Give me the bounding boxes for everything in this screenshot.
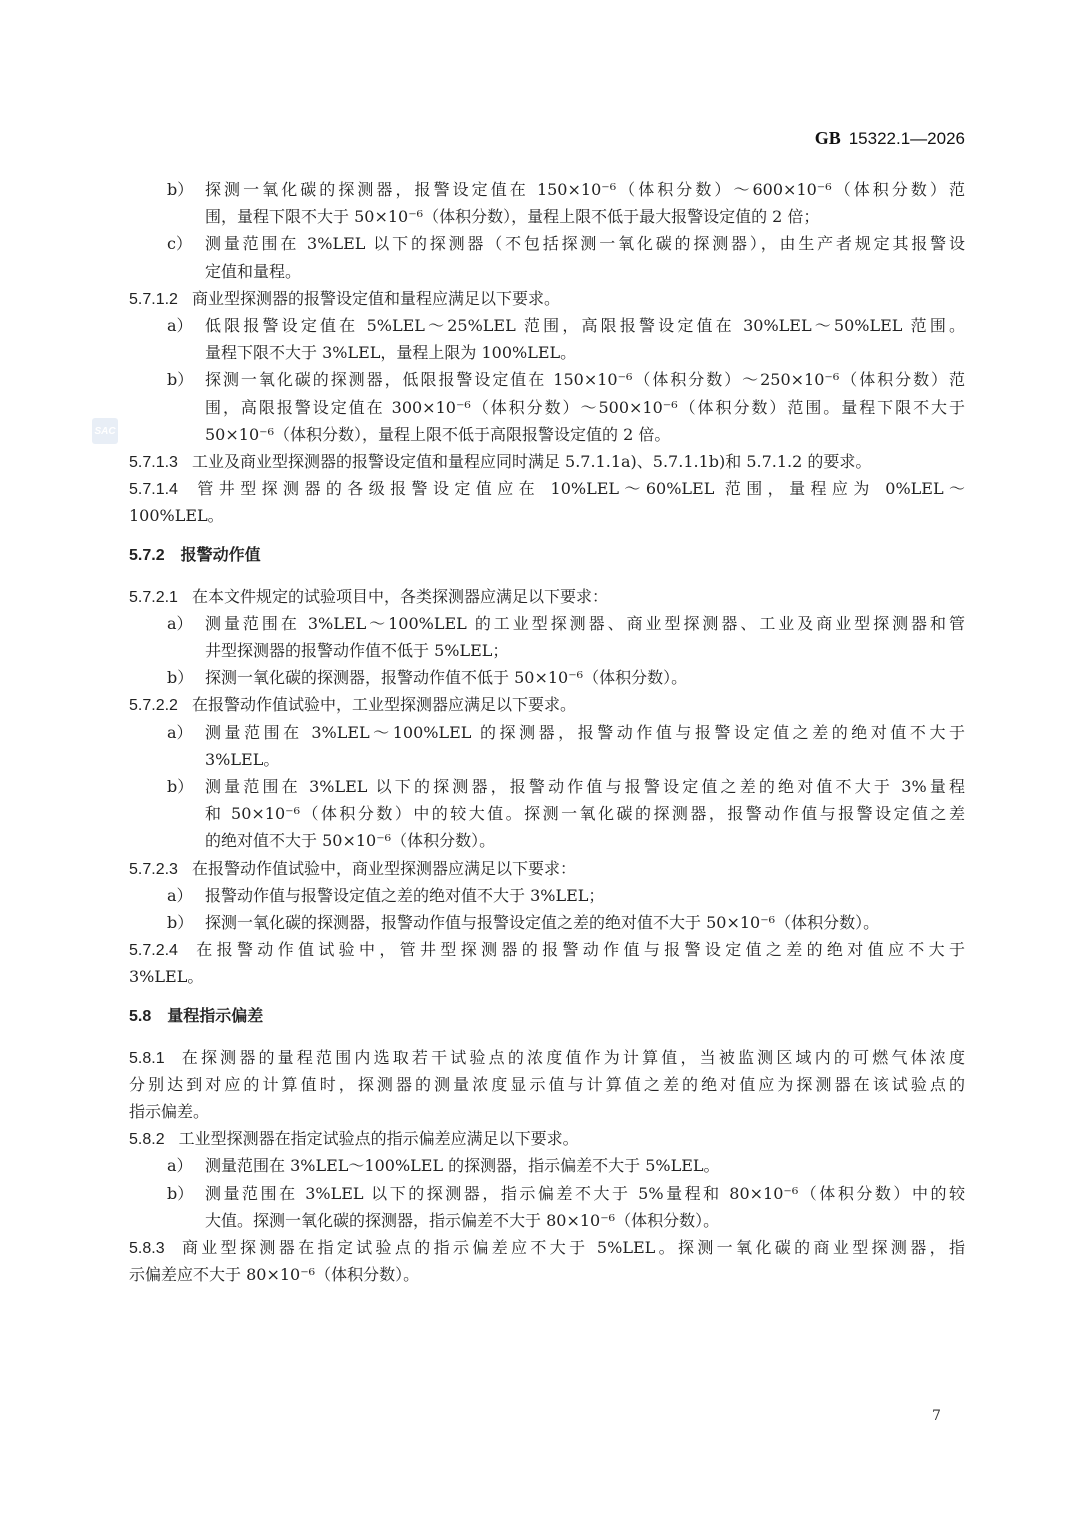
clause-number: 5.7.2.1	[129, 589, 178, 606]
clause: 5.7.1.4管井型探测器的各级报警设定值应在 10%LEL～60%LEL 范围…	[129, 475, 965, 529]
text-line: 3%LEL。	[129, 963, 965, 990]
text-line: 5.7.2.4在报警动作值试验中，管井型探测器的报警动作值与报警设定值之差的绝对…	[129, 936, 965, 963]
line-text: 和 50×10⁻⁶（体积分数）中的较大值。探测一氧化碳的探测器，报警动作值与报警…	[205, 804, 965, 823]
clause-number: 5.7.1.4	[129, 481, 178, 498]
text-line: a）低限报警设定值在 5%LEL～25%LEL 范围，高限报警设定值在 30%L…	[129, 312, 965, 339]
document-header: GB15322.1—2026	[815, 128, 965, 149]
line-text: 探测一氧化碳的探测器，报警动作值与报警设定值之差的绝对值不大于 50×10⁻⁶（…	[205, 913, 879, 932]
text-line: 100%LEL。	[129, 502, 965, 529]
line-text: 在探测器的量程范围内选取若干试验点的浓度值作为计算值，当被监测区域内的可燃气体浓…	[179, 1048, 965, 1067]
line-text: 工业及商业型探测器的报警设定值和量程应同时满足 5.7.1.1a)、5.7.1.…	[192, 452, 871, 471]
line-text: 的绝对值不大于 50×10⁻⁶（体积分数）。	[205, 831, 495, 850]
text-line: 5.7.1.3工业及商业型探测器的报警设定值和量程应同时满足 5.7.1.1a)…	[129, 448, 965, 475]
line-text: 围，量程下限不大于 50×10⁻⁶（体积分数），量程上限不低于最大报警设定值的 …	[205, 207, 819, 226]
line-text: 探测一氧化碳的探测器，报警动作值不低于 50×10⁻⁶（体积分数）。	[205, 668, 687, 687]
clause-number: 5.8.3	[129, 1240, 165, 1257]
line-text: 定值和量程。	[205, 262, 301, 281]
line-text: 大值。探测一氧化碳的探测器，指示偏差不大于 80×10⁻⁶（体积分数）。	[205, 1211, 719, 1230]
text-line: b）测量范围在 3%LEL 以下的探测器，报警动作值与报警设定值之差的绝对值不大…	[129, 773, 965, 800]
clause-number: 5.7.2.2	[129, 697, 178, 714]
line-text: 测量范围在 3%LEL～100%LEL 的探测器，报警动作值与报警设定值之差的绝…	[205, 723, 965, 742]
text-line: 示偏差应不大于 80×10⁻⁶（体积分数）。	[129, 1261, 965, 1288]
item-label: b）	[167, 664, 193, 691]
text-line: 5.7.1.4管井型探测器的各级报警设定值应在 10%LEL～60%LEL 范围…	[129, 475, 965, 502]
clause-number: 5.7.2.3	[129, 861, 178, 878]
line-text: 3%LEL。	[205, 750, 279, 769]
section-number: 5.7.2	[129, 547, 165, 564]
text-line: b）探测一氧化碳的探测器，报警动作值不低于 50×10⁻⁶（体积分数）。	[129, 664, 965, 691]
text-line: a）测量范围在 3%LEL～100%LEL 的探测器，报警动作值与报警设定值之差…	[129, 719, 965, 746]
text-line: 5.7.2.1在本文件规定的试验项目中，各类探测器应满足以下要求：	[129, 583, 965, 610]
text-line: 指示偏差。	[129, 1098, 965, 1125]
sac-watermark-icon: SAC	[92, 418, 118, 444]
list-item: a）低限报警设定值在 5%LEL～25%LEL 范围，高限报警设定值在 30%L…	[129, 312, 965, 366]
item-label: c）	[167, 230, 192, 257]
clause-number: 5.8.2	[129, 1131, 165, 1148]
clause-number: 5.7.1.2	[129, 291, 178, 308]
item-label: a）	[167, 882, 193, 909]
text-line: 定值和量程。	[129, 258, 965, 285]
list-item: a）测量范围在 3%LEL～100%LEL 的探测器，指示偏差不大于 5%LEL…	[129, 1152, 965, 1179]
section-title: 量程指示偏差	[167, 1008, 263, 1025]
list-item: b）测量范围在 3%LEL 以下的探测器，指示偏差不大于 5%量程和 80×10…	[129, 1180, 965, 1234]
text-line: 5.7.2.3在报警动作值试验中，商业型探测器应满足以下要求：	[129, 855, 965, 882]
section-number: 5.8	[129, 1008, 151, 1025]
list-item: b）探测一氧化碳的探测器，报警动作值不低于 50×10⁻⁶（体积分数）。	[129, 664, 965, 691]
spacer	[129, 529, 965, 542]
spacer	[129, 570, 965, 583]
clause: 5.8.2工业型探测器在指定试验点的指示偏差应满足以下要求。	[129, 1125, 965, 1152]
line-text: 示偏差应不大于 80×10⁻⁶（体积分数）。	[129, 1265, 419, 1284]
text-line: 围，量程下限不大于 50×10⁻⁶（体积分数），量程上限不低于最大报警设定值的 …	[129, 203, 965, 230]
text-line: 5.8.1在探测器的量程范围内选取若干试验点的浓度值作为计算值，当被监测区域内的…	[129, 1044, 965, 1071]
line-text: 测量范围在 3%LEL～100%LEL 的探测器，指示偏差不大于 5%LEL。	[205, 1156, 720, 1175]
line-text: 商业型探测器在指定试验点的指示偏差应不大于 5%LEL。探测一氧化碳的商业型探测…	[179, 1238, 965, 1257]
item-label: b）	[167, 773, 193, 800]
line-text: 工业型探测器在指定试验点的指示偏差应满足以下要求。	[179, 1129, 579, 1148]
clause-number: 5.7.2.4	[129, 942, 178, 959]
text-line: 井型探测器的报警动作值不低于 5%LEL；	[129, 637, 965, 664]
line-text: 指示偏差。	[129, 1102, 209, 1121]
text-line: a）测量范围在 3%LEL～100%LEL 的探测器，指示偏差不大于 5%LEL…	[129, 1152, 965, 1179]
line-text: 3%LEL。	[129, 967, 203, 986]
item-label: a）	[167, 312, 193, 339]
item-label: b）	[167, 909, 193, 936]
line-text: 测量范围在 3%LEL 以下的探测器，指示偏差不大于 5%量程和 80×10⁻⁶…	[205, 1184, 965, 1203]
line-text: 50×10⁻⁶（体积分数），量程上限不低于高限报警设定值的 2 倍。	[205, 425, 670, 444]
item-label: b）	[167, 176, 193, 203]
clause: 5.7.1.3工业及商业型探测器的报警设定值和量程应同时满足 5.7.1.1a)…	[129, 448, 965, 475]
text-line: a）测量范围在 3%LEL～100%LEL 的工业型探测器、商业型探测器、工业及…	[129, 610, 965, 637]
text-line: 3%LEL。	[129, 746, 965, 773]
text-line: 量程下限不大于 3%LEL，量程上限为 100%LEL。	[129, 339, 965, 366]
text-line: c）测量范围在 3%LEL 以下的探测器（不包括探测一氧化碳的探测器），由生产者…	[129, 230, 965, 257]
line-text: 低限报警设定值在 5%LEL～25%LEL 范围，高限报警设定值在 30%LEL…	[205, 316, 965, 335]
line-text: 100%LEL。	[129, 506, 224, 525]
line-text: 测量范围在 3%LEL 以下的探测器（不包括探测一氧化碳的探测器），由生产者规定…	[205, 234, 965, 253]
list-item: a）测量范围在 3%LEL～100%LEL 的工业型探测器、商业型探测器、工业及…	[129, 610, 965, 664]
line-text: 探测一氧化碳的探测器，报警设定值在 150×10⁻⁶（体积分数）～600×10⁻…	[205, 180, 965, 199]
text-line: 围，高限报警设定值在 300×10⁻⁶（体积分数）～500×10⁻⁶（体积分数）…	[129, 394, 965, 421]
section-heading: 5.7.2报警动作值	[129, 542, 965, 569]
list-item: c）测量范围在 3%LEL 以下的探测器（不包括探测一氧化碳的探测器），由生产者…	[129, 230, 965, 284]
spacer	[129, 990, 965, 1003]
line-text: 在报警动作值试验中，管井型探测器的报警动作值与报警设定值之差的绝对值应不大于	[192, 940, 965, 959]
text-line: b）探测一氧化碳的探测器，报警设定值在 150×10⁻⁶（体积分数）～600×1…	[129, 176, 965, 203]
clause: 5.7.2.2在报警动作值试验中，工业型探测器应满足以下要求。	[129, 691, 965, 718]
text-line: 的绝对值不大于 50×10⁻⁶（体积分数）。	[129, 827, 965, 854]
item-label: b）	[167, 366, 193, 393]
text-line: 和 50×10⁻⁶（体积分数）中的较大值。探测一氧化碳的探测器，报警动作值与报警…	[129, 800, 965, 827]
line-text: 管井型探测器的各级报警设定值应在 10%LEL～60%LEL 范围，量程应为 0…	[192, 479, 965, 498]
line-text: 在本文件规定的试验项目中，各类探测器应满足以下要求：	[192, 587, 608, 606]
standard-prefix: GB	[815, 128, 841, 148]
section-title: 报警动作值	[181, 547, 261, 564]
text-line: 5.8.3商业型探测器在指定试验点的指示偏差应不大于 5%LEL。探测一氧化碳的…	[129, 1234, 965, 1261]
text-line: 50×10⁻⁶（体积分数），量程上限不低于高限报警设定值的 2 倍。	[129, 421, 965, 448]
item-label: a）	[167, 1152, 193, 1179]
text-line: 5.7.1.2商业型探测器的报警设定值和量程应满足以下要求。	[129, 285, 965, 312]
text-line: 分别达到对应的计算值时，探测器的测量浓度显示值与计算值之差的绝对值应为探测器在该…	[129, 1071, 965, 1098]
text-line: b）探测一氧化碳的探测器，报警动作值与报警设定值之差的绝对值不大于 50×10⁻…	[129, 909, 965, 936]
line-text: 测量范围在 3%LEL～100%LEL 的工业型探测器、商业型探测器、工业及商业…	[205, 614, 965, 633]
line-text: 报警动作值与报警设定值之差的绝对值不大于 3%LEL；	[205, 886, 604, 905]
item-label: a）	[167, 610, 193, 637]
document-body: b）探测一氧化碳的探测器，报警设定值在 150×10⁻⁶（体积分数）～600×1…	[129, 176, 965, 1288]
text-line: 大值。探测一氧化碳的探测器，指示偏差不大于 80×10⁻⁶（体积分数）。	[129, 1207, 965, 1234]
line-text: 测量范围在 3%LEL 以下的探测器，报警动作值与报警设定值之差的绝对值不大于 …	[205, 777, 965, 796]
clause: 5.7.2.1在本文件规定的试验项目中，各类探测器应满足以下要求：	[129, 583, 965, 610]
line-text: 量程下限不大于 3%LEL，量程上限为 100%LEL。	[205, 343, 576, 362]
spacer	[129, 1031, 965, 1044]
line-text: 井型探测器的报警动作值不低于 5%LEL；	[205, 641, 508, 660]
text-line: 5.7.2.2在报警动作值试验中，工业型探测器应满足以下要求。	[129, 691, 965, 718]
line-text: 商业型探测器的报警设定值和量程应满足以下要求。	[192, 289, 560, 308]
item-label: b）	[167, 1180, 193, 1207]
line-text: 分别达到对应的计算值时，探测器的测量浓度显示值与计算值之差的绝对值应为探测器在该…	[129, 1075, 965, 1094]
list-item: a）测量范围在 3%LEL～100%LEL 的探测器，报警动作值与报警设定值之差…	[129, 719, 965, 773]
clause: 5.7.2.4在报警动作值试验中，管井型探测器的报警动作值与报警设定值之差的绝对…	[129, 936, 965, 990]
page-number: 7	[932, 1408, 941, 1424]
list-item: b）探测一氧化碳的探测器，低限报警设定值在 150×10⁻⁶（体积分数）～250…	[129, 366, 965, 448]
text-line: b）探测一氧化碳的探测器，低限报警设定值在 150×10⁻⁶（体积分数）～250…	[129, 366, 965, 393]
clause: 5.7.1.2商业型探测器的报警设定值和量程应满足以下要求。	[129, 285, 965, 312]
clause: 5.8.1在探测器的量程范围内选取若干试验点的浓度值作为计算值，当被监测区域内的…	[129, 1044, 965, 1126]
list-item: a）报警动作值与报警设定值之差的绝对值不大于 3%LEL；	[129, 882, 965, 909]
line-text: 探测一氧化碳的探测器，低限报警设定值在 150×10⁻⁶（体积分数）～250×1…	[205, 370, 965, 389]
clause: 5.7.2.3在报警动作值试验中，商业型探测器应满足以下要求：	[129, 855, 965, 882]
clause: 5.8.3商业型探测器在指定试验点的指示偏差应不大于 5%LEL。探测一氧化碳的…	[129, 1234, 965, 1288]
clause-number: 5.8.1	[129, 1050, 165, 1067]
clause-number: 5.7.1.3	[129, 454, 178, 471]
list-item: b）测量范围在 3%LEL 以下的探测器，报警动作值与报警设定值之差的绝对值不大…	[129, 773, 965, 855]
text-line: a）报警动作值与报警设定值之差的绝对值不大于 3%LEL；	[129, 882, 965, 909]
list-item: b）探测一氧化碳的探测器，报警动作值与报警设定值之差的绝对值不大于 50×10⁻…	[129, 909, 965, 936]
section-heading: 5.8量程指示偏差	[129, 1003, 965, 1030]
standard-code: 15322.1—2026	[849, 129, 965, 148]
text-line: b）测量范围在 3%LEL 以下的探测器，指示偏差不大于 5%量程和 80×10…	[129, 1180, 965, 1207]
line-text: 在报警动作值试验中，商业型探测器应满足以下要求：	[192, 859, 576, 878]
line-text: 围，高限报警设定值在 300×10⁻⁶（体积分数）～500×10⁻⁶（体积分数）…	[205, 398, 965, 417]
list-item: b）探测一氧化碳的探测器，报警设定值在 150×10⁻⁶（体积分数）～600×1…	[129, 176, 965, 230]
line-text: 在报警动作值试验中，工业型探测器应满足以下要求。	[192, 695, 576, 714]
text-line: 5.8.2工业型探测器在指定试验点的指示偏差应满足以下要求。	[129, 1125, 965, 1152]
item-label: a）	[167, 719, 193, 746]
